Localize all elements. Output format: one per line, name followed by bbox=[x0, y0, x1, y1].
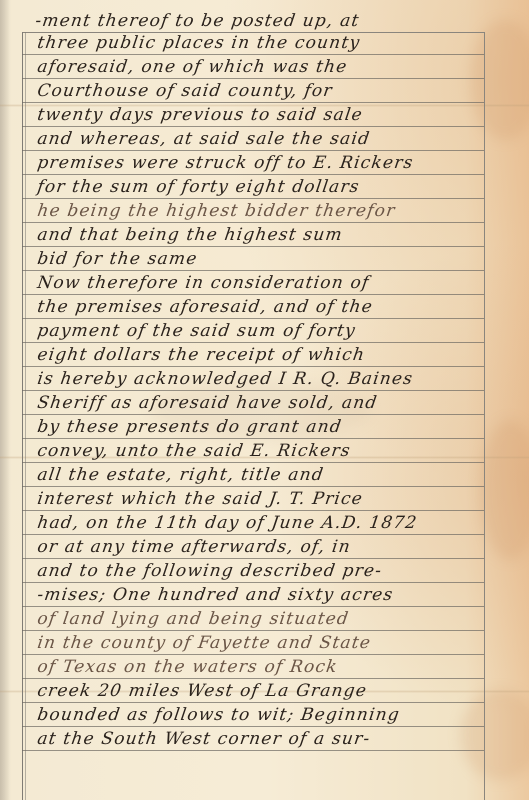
line-text: Sheriff as aforesaid have sold, and bbox=[36, 393, 379, 413]
text-line: of land lying and being situated bbox=[22, 609, 484, 631]
text-line: -mises; One hundred and sixty acres bbox=[22, 585, 484, 607]
line-text: and whereas, at said sale the said bbox=[36, 129, 372, 149]
text-line: of Texas on the waters of Rock bbox=[22, 657, 484, 679]
text-line: Courthouse of said county, for bbox=[22, 81, 484, 103]
line-text: eight dollars the receipt of which bbox=[36, 345, 366, 365]
text-line: and to the following described pre- bbox=[22, 561, 484, 583]
line-text: and to the following described pre- bbox=[36, 561, 384, 581]
text-line: in the county of Fayette and State bbox=[22, 633, 484, 655]
text-line: for the sum of forty eight dollars bbox=[22, 177, 484, 199]
line-text: by these presents do grant and bbox=[36, 417, 343, 437]
text-line: at the South West corner of a sur- bbox=[22, 729, 484, 751]
text-line: premises were struck off to E. Rickers bbox=[22, 153, 484, 175]
line-text: Now therefore in consideration of bbox=[36, 273, 371, 293]
line-text: -mises; One hundred and sixty acres bbox=[36, 585, 395, 605]
line-text: premises were struck off to E. Rickers bbox=[36, 153, 415, 173]
text-line: interest which the said J. T. Price bbox=[22, 489, 484, 511]
text-line: bid for the same bbox=[22, 249, 484, 271]
text-line: payment of the said sum of forty bbox=[22, 321, 484, 343]
text-line: -ment thereof to be posted up, at bbox=[22, 10, 484, 32]
text-line: he being the highest bidder therefor bbox=[22, 201, 484, 223]
line-text: had, on the 11th day of June A.D. 1872 bbox=[36, 513, 419, 533]
line-text: for the sum of forty eight dollars bbox=[36, 177, 361, 197]
line-text: creek 20 miles West of La Grange bbox=[36, 681, 369, 701]
text-line: convey, unto the said E. Rickers bbox=[22, 441, 484, 463]
text-line: and that being the highest sum bbox=[22, 225, 484, 247]
text-line: Now therefore in consideration of bbox=[22, 273, 484, 295]
text-line: or at any time afterwards, of, in bbox=[22, 537, 484, 559]
text-line: bounded as follows to wit; Beginning bbox=[22, 705, 484, 727]
text-line: is hereby acknowledged I R. Q. Baines bbox=[22, 369, 484, 391]
line-text: of Texas on the waters of Rock bbox=[36, 657, 339, 677]
line-text: twenty days previous to said sale bbox=[36, 105, 364, 125]
text-line: had, on the 11th day of June A.D. 1872 bbox=[22, 513, 484, 535]
line-text: or at any time afterwards, of, in bbox=[36, 537, 352, 557]
text-line: three public places in the county bbox=[22, 33, 484, 55]
line-text: interest which the said J. T. Price bbox=[36, 489, 364, 509]
line-text: convey, unto the said E. Rickers bbox=[36, 441, 352, 461]
line-text: at the South West corner of a sur- bbox=[36, 729, 372, 749]
text-line: all the estate, right, title and bbox=[22, 465, 484, 487]
text-line: creek 20 miles West of La Grange bbox=[22, 681, 484, 703]
line-text: all the estate, right, title and bbox=[36, 465, 325, 485]
line-text: Courthouse of said county, for bbox=[36, 81, 334, 101]
line-text: aforesaid, one of which was the bbox=[36, 57, 349, 77]
line-text: and that being the highest sum bbox=[36, 225, 344, 245]
text-line: aforesaid, one of which was the bbox=[22, 57, 484, 79]
line-text: -ment thereof to be posted up, at bbox=[34, 11, 361, 31]
line-text: he being the highest bidder therefor bbox=[36, 201, 397, 221]
line-text: bid for the same bbox=[36, 249, 199, 269]
line-text: bounded as follows to wit; Beginning bbox=[36, 705, 401, 725]
text-line: the premises aforesaid, and of the bbox=[22, 297, 484, 319]
line-text: three public places in the county bbox=[36, 33, 362, 53]
line-text: of land lying and being situated bbox=[36, 609, 350, 629]
line-text: the premises aforesaid, and of the bbox=[36, 297, 374, 317]
handwritten-lines: -ment thereof to be posted up, at three … bbox=[0, 0, 529, 800]
line-text: is hereby acknowledged I R. Q. Baines bbox=[36, 369, 415, 389]
text-line: and whereas, at said sale the said bbox=[22, 129, 484, 151]
document-page: -ment thereof to be posted up, at three … bbox=[0, 0, 529, 800]
line-text: payment of the said sum of forty bbox=[36, 321, 357, 341]
line-text: in the county of Fayette and State bbox=[36, 633, 373, 653]
text-line: eight dollars the receipt of which bbox=[22, 345, 484, 367]
text-line: Sheriff as aforesaid have sold, and bbox=[22, 393, 484, 415]
text-line: by these presents do grant and bbox=[22, 417, 484, 439]
text-line: twenty days previous to said sale bbox=[22, 105, 484, 127]
